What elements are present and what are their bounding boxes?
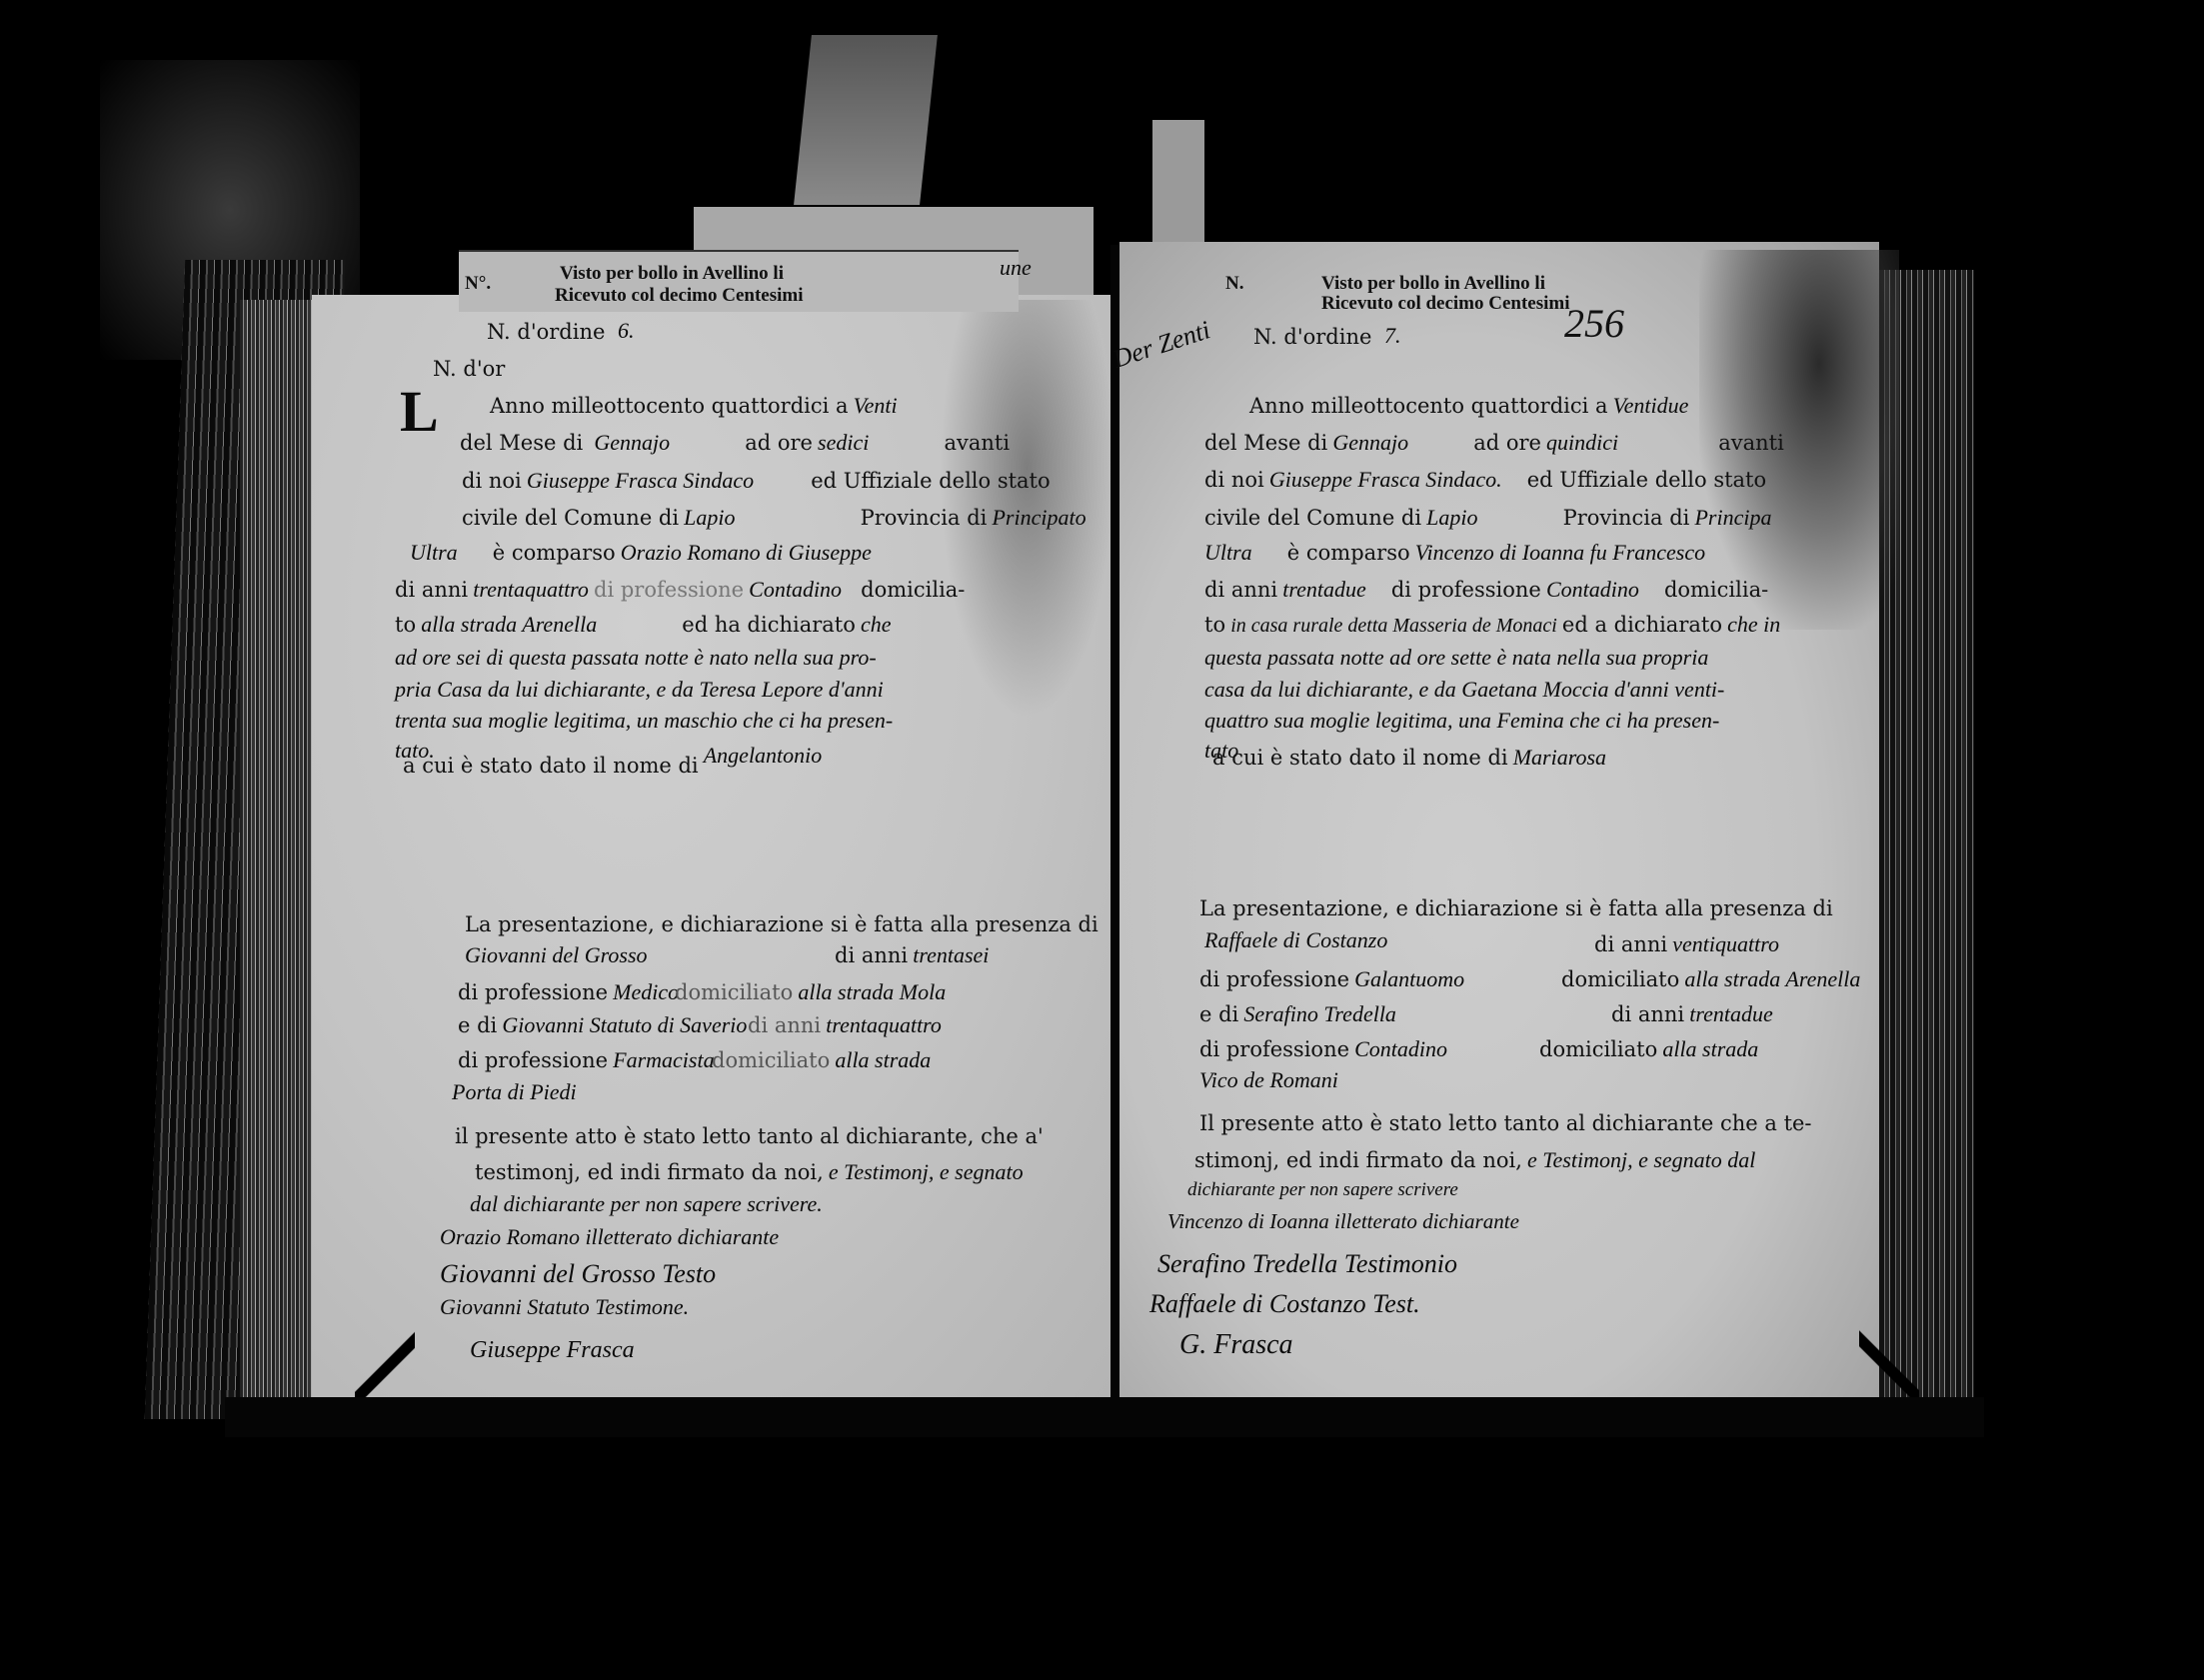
right-stamp-n: N. bbox=[1225, 272, 1243, 296]
witness-age: di anni trentadue bbox=[1611, 1001, 1773, 1027]
declaration-line: trenta sua moglie legitima, un maschio c… bbox=[395, 708, 893, 734]
folio-number: 256 bbox=[1564, 300, 1624, 347]
left-stamp-line1: Visto per bollo in Avellino li bbox=[560, 262, 784, 286]
declaration-line: quattro sua moglie legitima, una Femina … bbox=[1204, 708, 1719, 734]
witness-name: e di Giovanni Statuto di Saverio bbox=[458, 1012, 747, 1038]
closing-line: il presente atto è stato letto tanto al … bbox=[455, 1124, 1044, 1148]
declaration-line: questa passata notte ad ore sette è nata… bbox=[1204, 645, 1708, 671]
right-stamp-line2: Ricevuto col decimo Centesimi bbox=[1321, 292, 1570, 316]
signature: Orazio Romano illetterato dichiarante bbox=[440, 1224, 779, 1250]
witness-domicile-cont: Porta di Piedi bbox=[452, 1079, 577, 1105]
right-order-number: 7. bbox=[1384, 323, 1401, 349]
left-order-fragment: N. d'or bbox=[433, 357, 505, 381]
left-stamp-n: N°. bbox=[465, 272, 491, 296]
signature: Giuseppe Frasca bbox=[470, 1337, 635, 1364]
witness-domicile: domiciliato alla strada bbox=[712, 1047, 931, 1073]
witness-domicile-cont: Vico de Romani bbox=[1199, 1067, 1338, 1093]
witness-profession: di professione Contadino bbox=[1199, 1036, 1447, 1062]
torn-paper-strip bbox=[794, 35, 938, 205]
witness-age: di anni ventiquattro bbox=[1594, 931, 1779, 957]
record-line: di noi Giuseppe Frasca Sindaco. ed Uffiz… bbox=[1204, 467, 1766, 493]
witness-domicile: domiciliato alla strada Arenella bbox=[1561, 966, 1860, 992]
signature: Serafino Tredella Testimonio bbox=[1157, 1249, 1457, 1279]
paper-tab bbox=[1152, 120, 1204, 245]
signature: Vincenzo di Ioanna illetterato dichiaran… bbox=[1167, 1209, 1519, 1234]
closing-line: dal dichiarante per non sapere scrivere. bbox=[470, 1191, 823, 1217]
witness-profession: di professione Medico bbox=[458, 979, 679, 1005]
witness-name: Raffaele di Costanzo bbox=[1204, 927, 1387, 953]
witness-name: Giovanni del Grosso bbox=[465, 942, 648, 968]
left-order-number: 6. bbox=[618, 318, 635, 344]
record-line: Anno milleottocento quattordici a Venti bbox=[490, 393, 898, 419]
book-gutter bbox=[1110, 245, 1118, 1399]
right-order-label: N. d'ordine bbox=[1253, 325, 1371, 349]
record-line: di noi Giuseppe Frasca Sindaco ed Uffizi… bbox=[462, 468, 1051, 494]
declaration-line: casa da lui dichiarante, e da Gaetana Mo… bbox=[1204, 677, 1724, 703]
witness-profession: di professione Galantuomo bbox=[1199, 966, 1464, 992]
record-line: Ultra è comparso Orazio Romano di Giusep… bbox=[410, 540, 872, 566]
record-line: to alla strada Arenella ed ha dichiarato… bbox=[395, 612, 892, 638]
signature: G. Frasca bbox=[1179, 1329, 1293, 1361]
name-line: a cui è stato dato il nome di Mariarosa bbox=[1212, 745, 1606, 771]
left-order-label: N. d'ordine bbox=[487, 320, 605, 344]
record-line: civile del Comune di Lapio Provincia di … bbox=[1204, 505, 1771, 531]
signature: Giovanni del Grosso Testo bbox=[440, 1259, 716, 1289]
record-line: di anni trentaquattro di professione Con… bbox=[395, 577, 965, 603]
presence-intro: La presentazione, e dichiarazione si è f… bbox=[1199, 896, 1833, 920]
record-line: to in casa rurale detta Masseria de Mona… bbox=[1204, 612, 1780, 638]
witness-name: e di Serafino Tredella bbox=[1199, 1001, 1396, 1027]
declaration-line: ad ore sei di questa passata notte è nat… bbox=[395, 645, 877, 671]
witness-domicile: domiciliato alla strada Mola bbox=[675, 979, 946, 1005]
name-line: a cui è stato dato il nome di Angelanton… bbox=[403, 753, 822, 779]
witness-age: di anni trentasei bbox=[835, 942, 989, 968]
witness-profession: di professione Farmacista bbox=[458, 1047, 715, 1073]
signature: Raffaele di Costanzo Test. bbox=[1149, 1289, 1420, 1319]
witness-age: di anni trentaquattro bbox=[748, 1012, 942, 1038]
closing-line: testimonj, ed indi firmato da noi, e Tes… bbox=[475, 1159, 1024, 1185]
presence-intro: La presentazione, e dichiarazione si è f… bbox=[465, 912, 1099, 936]
closing-line: stimonj, ed indi firmato da noi, e Testi… bbox=[1194, 1147, 1755, 1173]
left-stamp-fragment: une bbox=[1000, 255, 1032, 281]
left-stamp-line2: Ricevuto col decimo Centesimi bbox=[555, 284, 804, 308]
record-line: del Mese di Gennajo ad ore quindici avan… bbox=[1204, 430, 1784, 456]
initial-letter: L bbox=[400, 378, 439, 445]
signature: Giovanni Statuto Testimone. bbox=[440, 1294, 689, 1320]
record-line: del Mese di Gennajo ad ore sedici avanti bbox=[460, 430, 1100, 456]
closing-line: Il presente atto è stato letto tanto al … bbox=[1199, 1111, 1812, 1135]
declaration-line: pria Casa da lui dichiarante, e da Teres… bbox=[395, 677, 884, 703]
witness-domicile: domiciliato alla strada bbox=[1539, 1036, 1758, 1062]
record-line: Anno milleottocento quattordici a Ventid… bbox=[1249, 393, 1688, 419]
book-bottom-shadow bbox=[225, 1397, 1984, 1437]
record-line: Ultra è comparso Vincenzo di Ioanna fu F… bbox=[1204, 540, 1705, 566]
record-line: di anni trentadue di professione Contadi… bbox=[1204, 577, 1768, 603]
closing-line: dichiarante per non sapere scrivere bbox=[1187, 1179, 1458, 1201]
record-line: civile del Comune di Lapio Provincia di … bbox=[462, 505, 1087, 531]
